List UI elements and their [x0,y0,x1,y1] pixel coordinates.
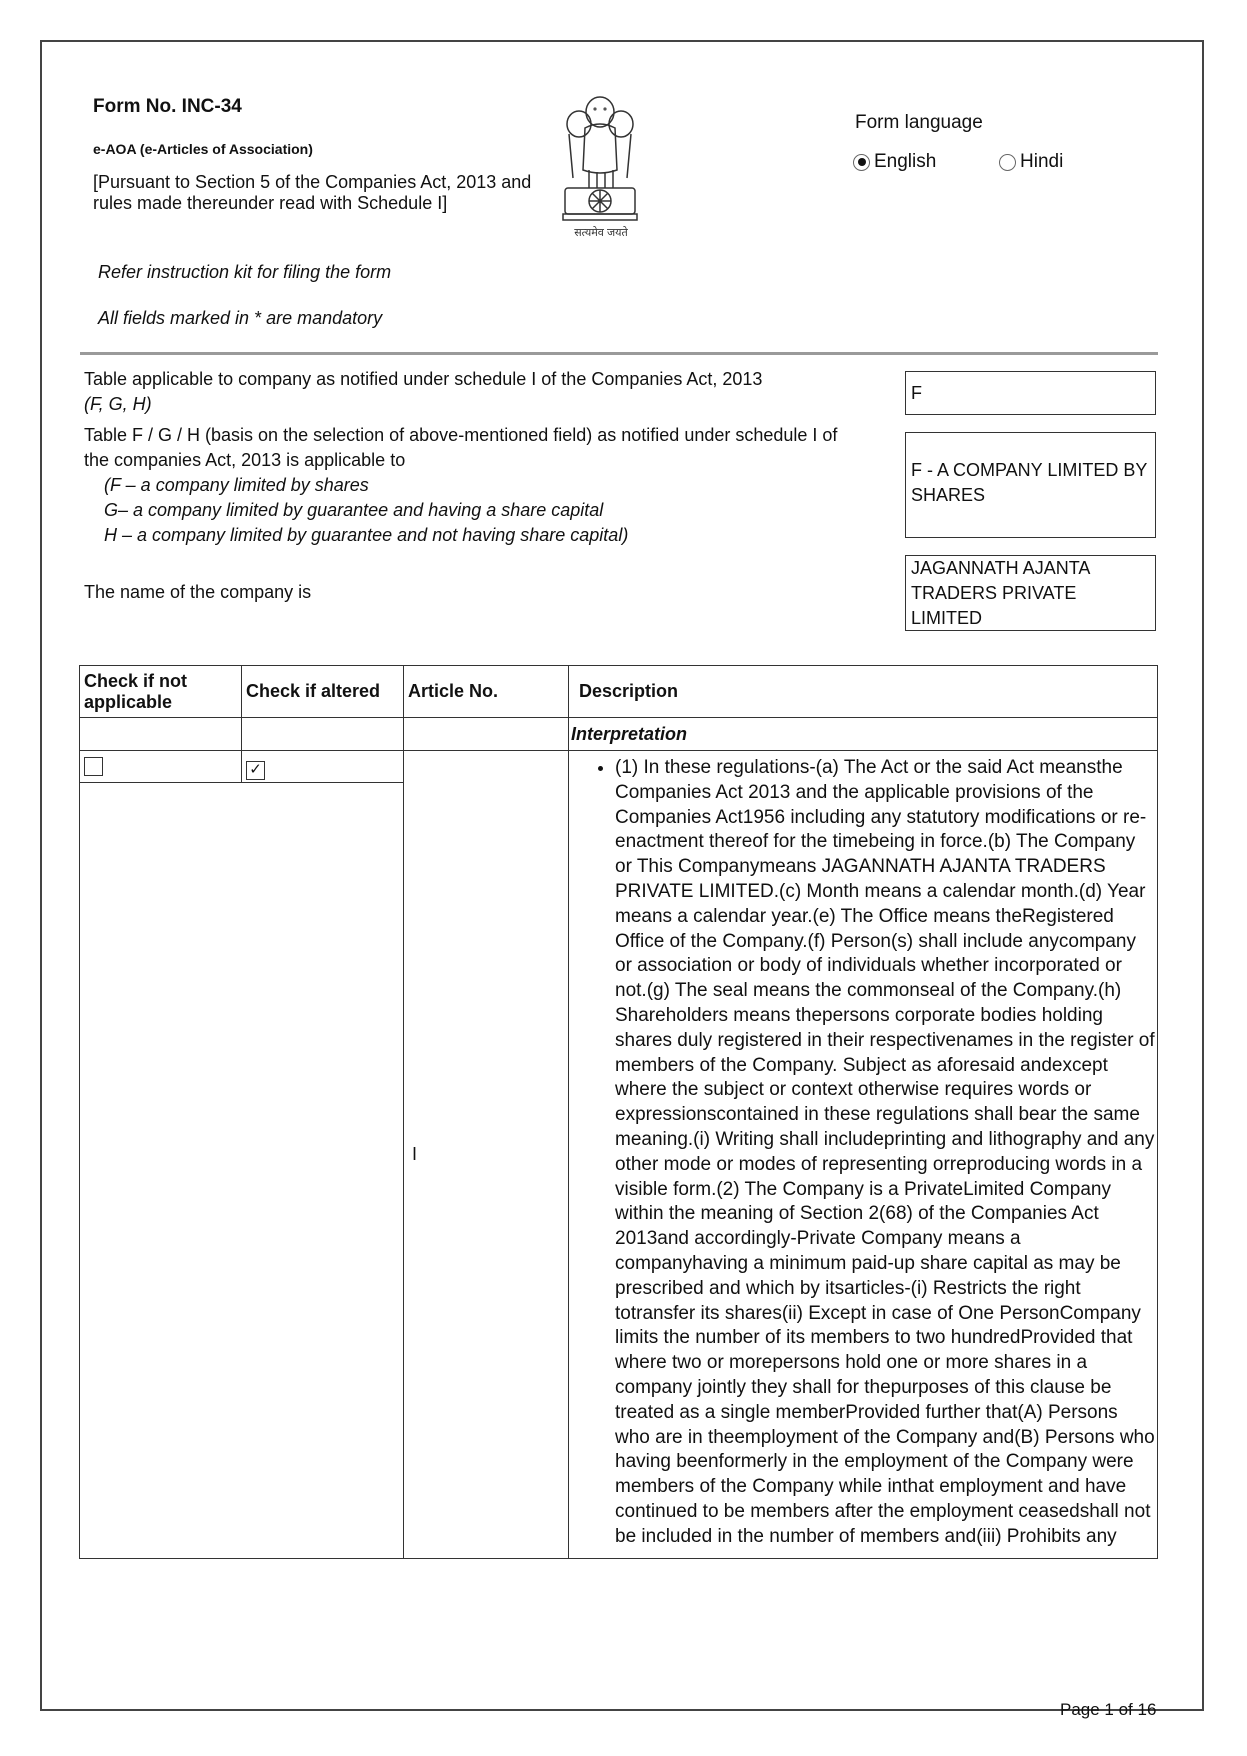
section-heading-row: Interpretation [80,718,1158,751]
header-description: Description [569,666,1158,718]
description-cell: (1) In these regulations-(a) The Act or … [569,751,1158,1559]
radio-english-label: English [874,151,936,173]
altered-cell: ✓ [242,751,404,783]
articles-table: Check if not applicable Check if altered… [79,665,1158,1559]
article-no-cell: I [404,751,569,1559]
form-subtitle: e-AOA (e-Articles of Association) [93,141,313,157]
company-name-field[interactable]: JAGANNATH AJANTA TRADERS PRIVATE LIMITED [905,555,1156,631]
not-applicable-checkbox[interactable] [84,757,103,776]
header-divider [80,352,1158,355]
national-emblem-icon [555,90,645,240]
page-number: Page 1 of 16 [1060,1700,1156,1720]
form-language-label: Form language [855,112,983,134]
header-article-no: Article No. [404,666,569,718]
mandatory-note: All fields marked in * are mandatory [98,308,382,329]
empty-cell [242,718,404,751]
instruction-kit-note: Refer instruction kit for filing the for… [98,262,391,283]
option-h-text: H – a company limited by guarantee and n… [84,523,904,548]
table-applicable-to-label: Table F / G / H (basis on the selection … [84,423,904,548]
description-text: (1) In these regulations-(a) The Act or … [615,756,1157,1550]
company-name-label: The name of the company is [84,580,311,605]
radio-hindi-label: Hindi [1020,151,1063,173]
altered-checkbox[interactable]: ✓ [246,761,265,780]
radio-english[interactable]: English [853,151,936,173]
option-f-text: (F – a company limited by shares [84,473,904,498]
option-g-text: G– a company limited by guarantee and ha… [84,498,904,523]
table-applicable-field[interactable]: F [905,371,1156,415]
form-number: Form No. INC-34 [93,96,242,118]
radio-unselected-icon[interactable] [999,154,1016,171]
table-applicable-hint: (F, G, H) [84,392,904,417]
section-heading: Interpretation [569,718,1158,751]
table-applicable-to-field[interactable]: F - A COMPANY LIMITED BY SHARES [905,432,1156,538]
not-applicable-cell [80,751,242,783]
header-altered: Check if altered [242,666,404,718]
table-applicable-to-label-text: Table F / G / H (basis on the selection … [84,423,864,473]
table-applicable-label: Table applicable to company as notified … [84,367,904,417]
table-applicable-label-text: Table applicable to company as notified … [84,367,904,392]
table-row: ✓ I (1) In these regulations-(a) The Act… [80,751,1158,783]
empty-cell [404,718,569,751]
table-header-row: Check if not applicable Check if altered… [80,666,1158,718]
radio-selected-icon[interactable] [853,154,870,171]
radio-hindi[interactable]: Hindi [999,151,1063,173]
pursuant-text: [Pursuant to Section 5 of the Companies … [93,172,533,214]
empty-cell [80,783,404,1559]
header-not-applicable: Check if not applicable [80,666,242,718]
description-list: (1) In these regulations-(a) The Act or … [569,756,1157,1550]
empty-cell [80,718,242,751]
emblem-motto: सत्यमेव जयते [560,225,642,240]
